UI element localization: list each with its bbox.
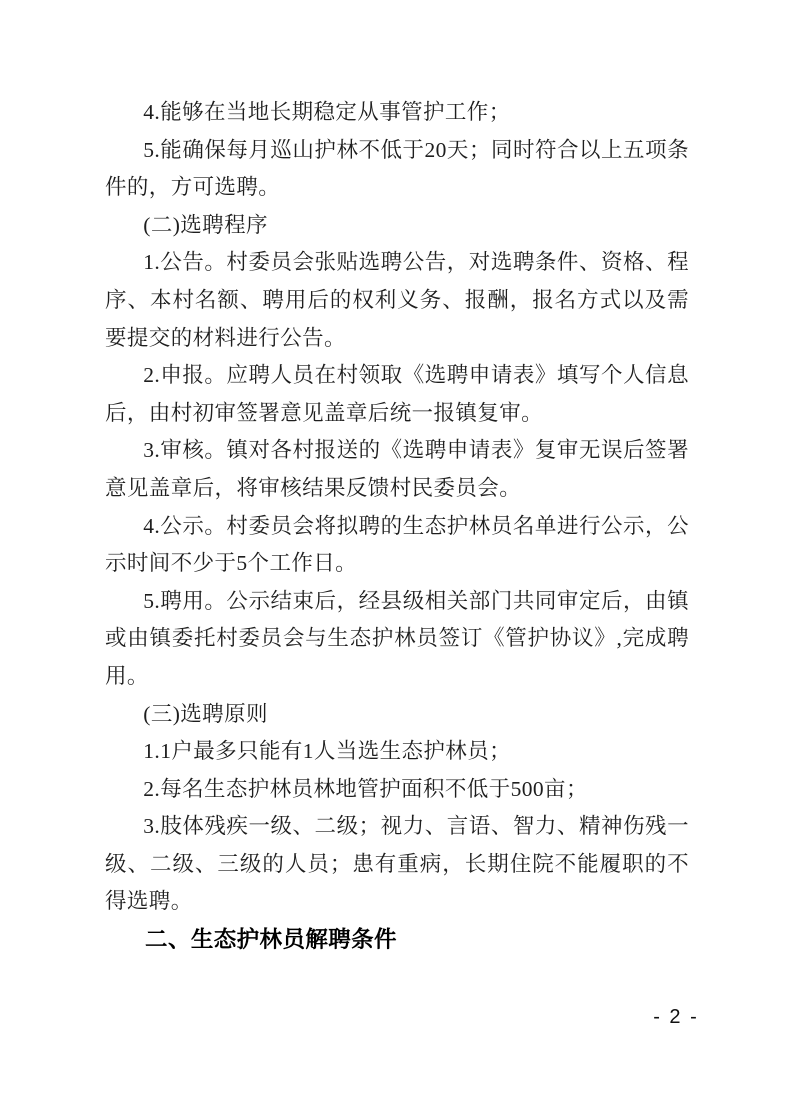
paragraph: 2.每名生态护林员林地管护面积不低于500亩； [105, 771, 689, 809]
sub-section-heading: (三)选聘原则 [105, 696, 689, 734]
page-number: - 2 - [652, 1006, 700, 1029]
sub-section-heading: (二)选聘程序 [105, 207, 689, 245]
document-page: 4.能够在当地长期稳定从事管护工作；5.能确保每月巡山护林不低于20天；同时符合… [0, 0, 790, 1120]
paragraph: 5.聘用。公示结束后，经县级相关部门共同审定后，由镇或由镇委托村委员会与生态护林… [105, 583, 689, 696]
paragraph: 1.公告。村委员会张贴选聘公告，对选聘条件、资格、程序、本村名额、聘用后的权利义… [105, 244, 689, 357]
paragraph: 5.能确保每月巡山护林不低于20天；同时符合以上五项条件的，方可选聘。 [105, 132, 689, 207]
paragraph: 3.肢体残疾一级、二级；视力、言语、智力、精神伤残一级、二级、三级的人员；患有重… [105, 808, 689, 921]
paragraph: 4.公示。村委员会将拟聘的生态护林员名单进行公示，公示时间不少于5个工作日。 [105, 508, 689, 583]
paragraph: 4.能够在当地长期稳定从事管护工作； [105, 94, 689, 132]
document-body: 4.能够在当地长期稳定从事管护工作；5.能确保每月巡山护林不低于20天；同时符合… [105, 94, 689, 959]
paragraph: 2.申报。应聘人员在村领取《选聘申请表》填写个人信息后，由村初审签署意见盖章后统… [105, 357, 689, 432]
paragraph: 3.审核。镇对各村报送的《选聘申请表》复审无误后签署意见盖章后，将审核结果反馈村… [105, 432, 689, 507]
paragraph: 1.1户最多只能有1人当选生态护林员； [105, 733, 689, 771]
section-heading: 二、生态护林员解聘条件 [105, 921, 689, 959]
